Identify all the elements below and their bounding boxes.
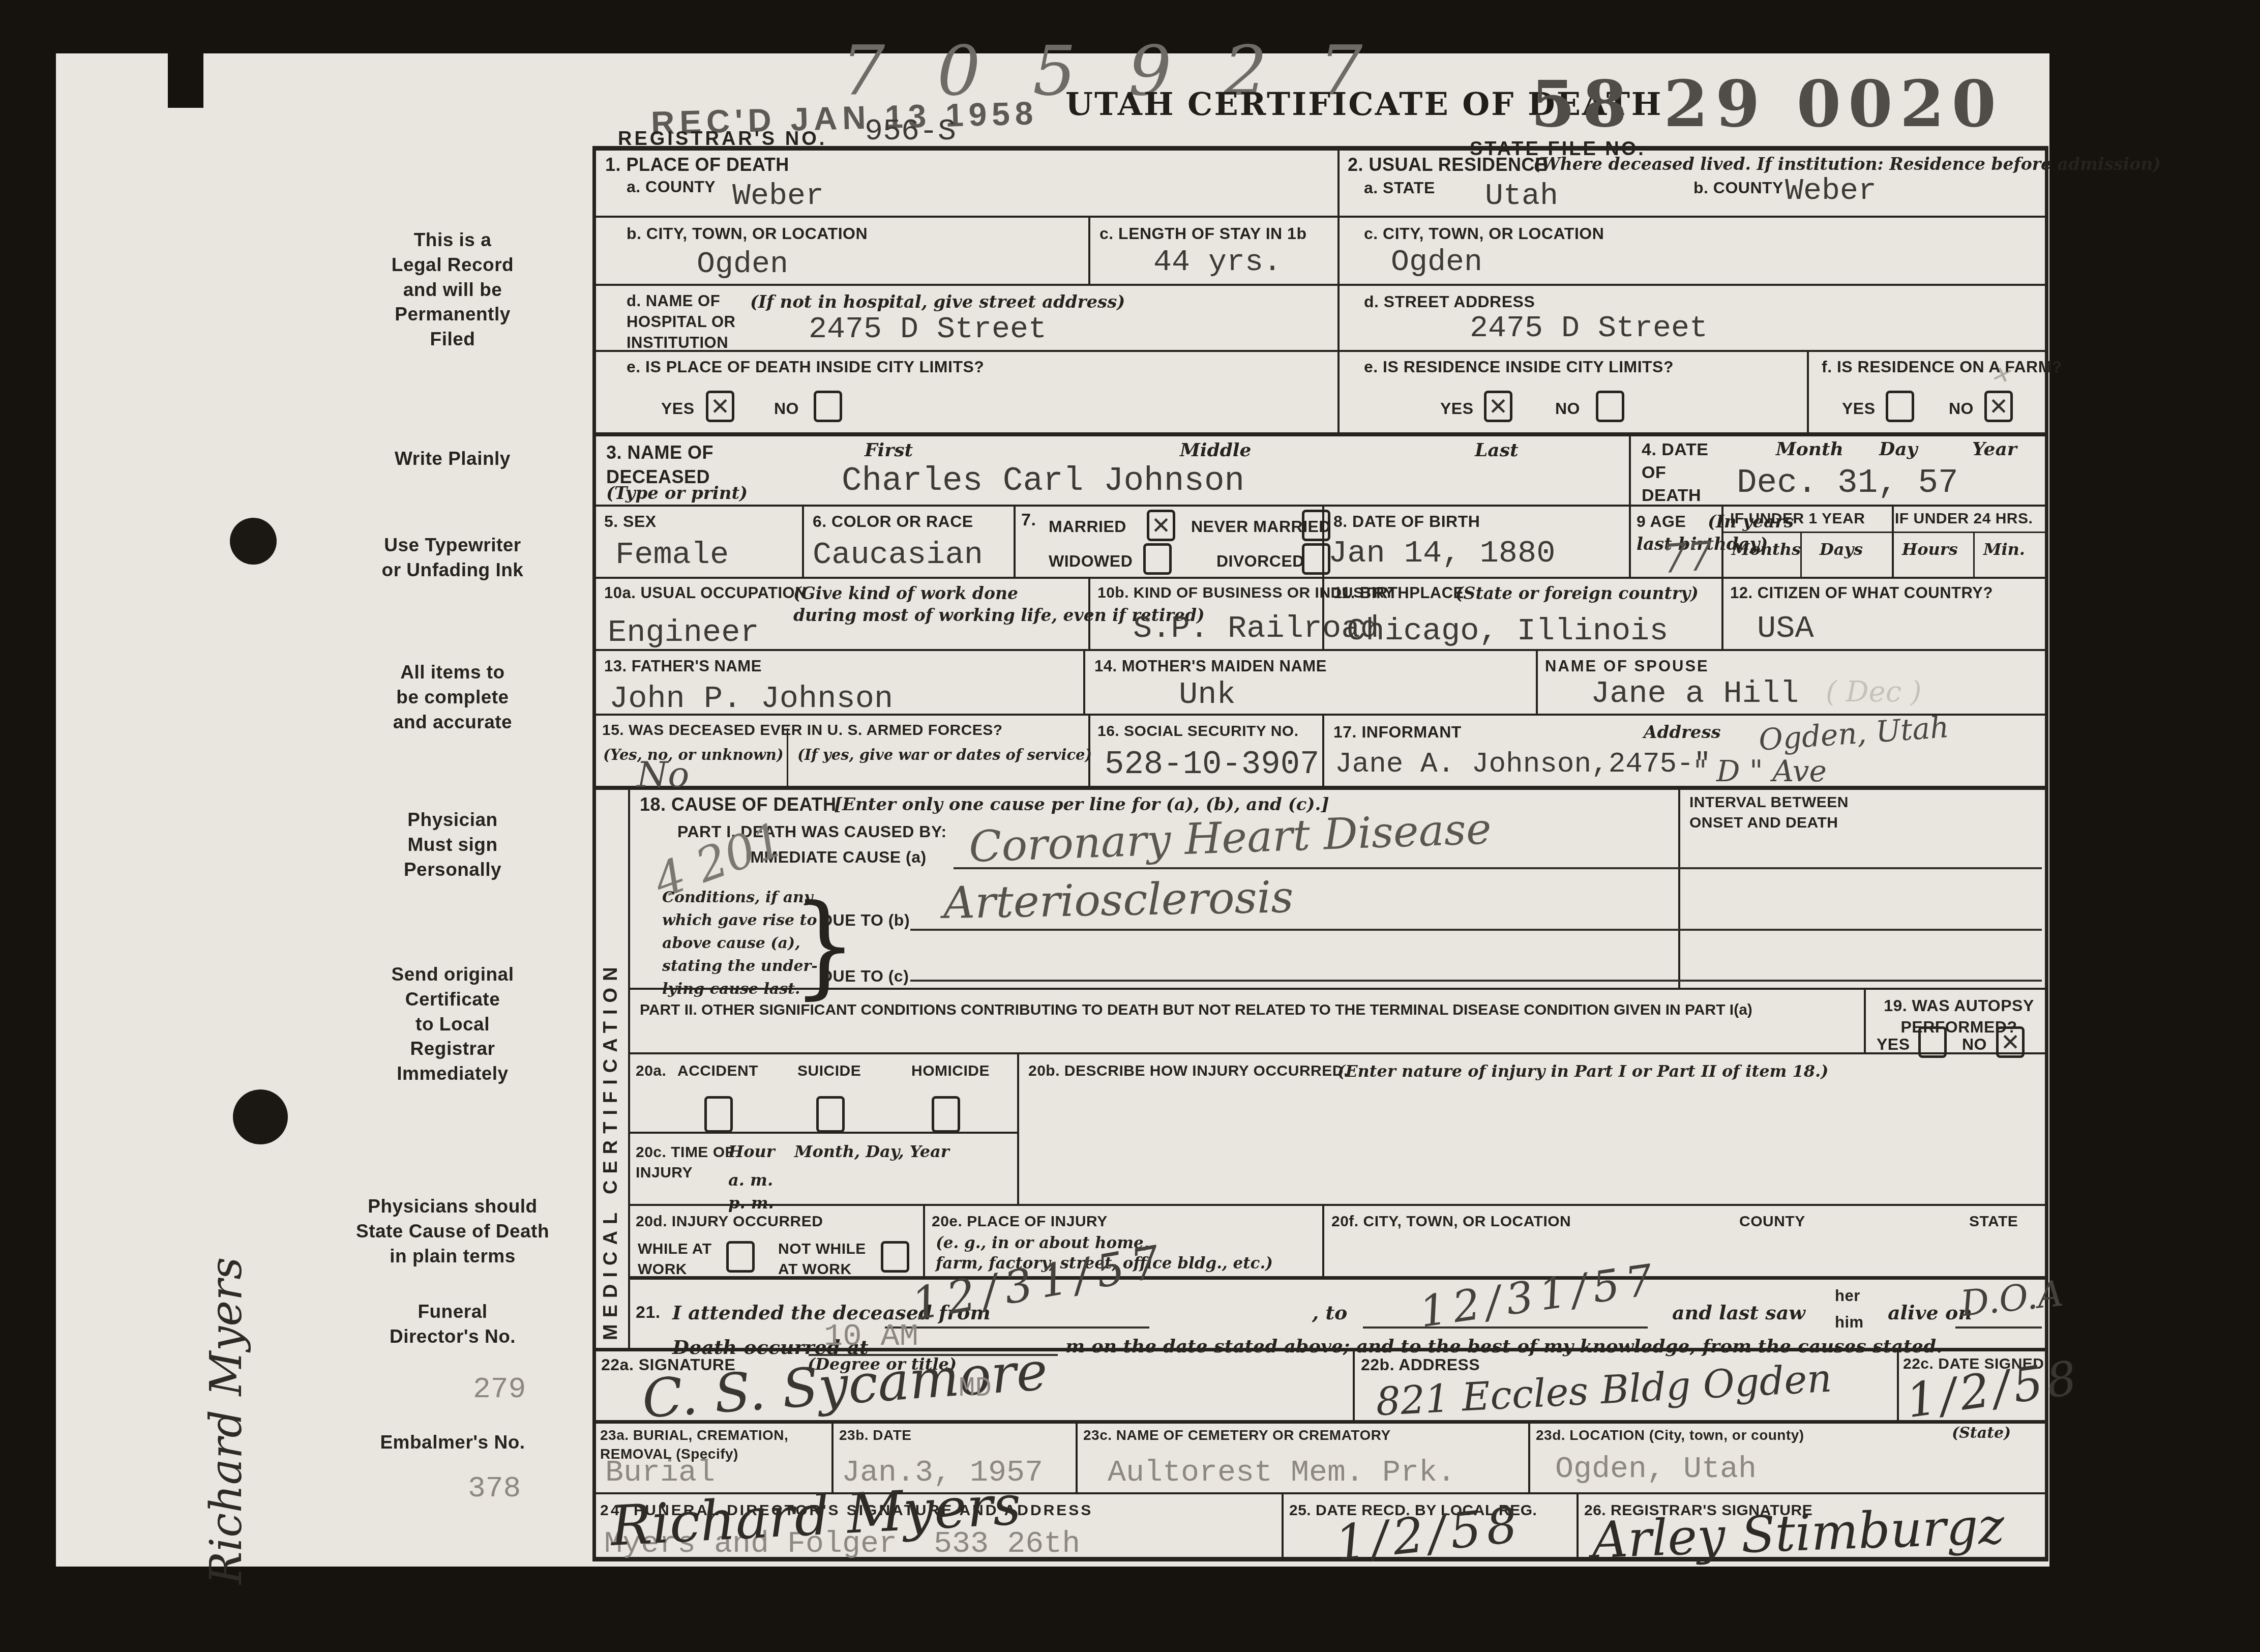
rule (1807, 350, 1809, 432)
place-of-injury-label: 20e. PLACE OF INJURY (932, 1212, 1108, 1232)
cemetery-value: Aultorest Mem. Prk. (1108, 1456, 1455, 1490)
residence-county-label: b. COUNTY (1693, 177, 1783, 198)
rule (923, 1204, 925, 1276)
rule (1322, 714, 1324, 786)
name-middle-header: Middle (1180, 438, 1251, 462)
residence-city-limits-yes-label: YES (1440, 398, 1474, 419)
informant-value-line2: " D " Ave (1693, 754, 1827, 788)
rule (592, 577, 2048, 579)
color-race-label: 6. COLOR OR RACE (813, 511, 973, 532)
residence-city-limits-yes-checkbox: ✕ (1484, 391, 1512, 422)
part2-label: PART II. OTHER SIGNIFICANT CONDITIONS CO… (640, 1000, 1855, 1020)
death-occurred-tail: m on the date stated above; and to the b… (1065, 1335, 1943, 1359)
citizen-label: 12. CITIZEN OF WHAT COUNTRY? (1730, 583, 1993, 604)
item-21-number: 21. (636, 1301, 661, 1324)
her-label: her (1835, 1286, 1860, 1307)
rule (1337, 146, 1340, 432)
birthplace-note: (State or foreign country) (1455, 583, 1699, 605)
rule (1678, 786, 1680, 988)
physician-address-label: 22b. ADDRESS (1361, 1354, 1480, 1375)
rule (1892, 505, 1894, 577)
rule (1897, 1348, 1899, 1420)
autopsy-yes-checkbox (1918, 1026, 1947, 1058)
widowed-label: WIDOWED (1049, 550, 1133, 572)
autopsy-yes-label: YES (1877, 1034, 1910, 1055)
divorced-checkbox (1302, 543, 1330, 575)
burial-location-label: 23d. LOCATION (City, town, or county) (1536, 1426, 1804, 1445)
industry-value: S.P. Railroad (1133, 610, 1379, 646)
death-city-limits-label: e. IS PLACE OF DEATH INSIDE CITY LIMITS? (627, 356, 984, 377)
if-under-24-hrs-header: IF UNDER 24 HRS. (1895, 509, 2033, 529)
father-name-value: John P. Johnson (609, 681, 893, 717)
armed-forces-note2: (If yes, give war or dates of service) (797, 746, 1092, 765)
dod-year-header: Year (1972, 437, 2017, 461)
cause-c-line (910, 980, 2042, 982)
place-of-death-title: 1. PLACE OF DEATH (605, 153, 789, 177)
funeral-director-no-label: Funeral Director's No. (315, 1300, 590, 1349)
homicide-checkbox (932, 1096, 960, 1133)
residence-farm-label: f. IS RESIDENCE ON A FARM? (1822, 356, 2062, 377)
attended-from-line (885, 1326, 1149, 1329)
residence-street-label: d. STREET ADDRESS (1364, 291, 1535, 312)
rule (592, 649, 2048, 651)
min-header: Min. (1983, 539, 2025, 560)
if-under-1-year-header: IF UNDER 1 YEAR (1730, 509, 1865, 529)
death-time-value: 10 AM (824, 1318, 918, 1354)
rule (1353, 1348, 1355, 1420)
married-checkbox: ✕ (1147, 510, 1175, 541)
spouse-pencil-note: ( Dec ) (1826, 675, 1922, 709)
check-icon: ✕ (1489, 395, 1508, 418)
conditions-brace: } (792, 880, 857, 1010)
residence-farm-yes-checkbox (1886, 391, 1914, 422)
registrar-no-value: 956-S (865, 114, 956, 149)
spouse-label: NAME OF SPOUSE (1545, 656, 1709, 677)
type-or-print-note: (Type or print) (606, 482, 748, 505)
hour-header: Hour (728, 1141, 775, 1163)
medical-certification-strip: MEDICAL CERTIFICATION (598, 788, 623, 1340)
accident-label: ACCIDENT (677, 1061, 758, 1081)
married-label: MARRIED (1049, 516, 1126, 537)
armed-forces-label: 15. WAS DECEASED EVER IN U. S. ARMED FOR… (602, 720, 1003, 741)
rule (628, 1204, 2048, 1206)
rule (1282, 1492, 1284, 1558)
rule (1973, 532, 1975, 577)
funeral-director-no-value: 279 (473, 1373, 526, 1406)
time-of-injury-label: 20c. TIME OF INJURY (636, 1142, 734, 1183)
rule (1083, 649, 1085, 714)
alive-on-line (1955, 1326, 2042, 1329)
death-city-limits-yes-label: YES (661, 398, 695, 419)
widowed-checkbox (1143, 543, 1172, 575)
rule (592, 505, 2048, 507)
name-first-header: First (865, 438, 913, 462)
margin-note-complete-accurate: All items to be complete and accurate (315, 660, 590, 734)
embalmer-no-label: Embalmer's No. (315, 1430, 590, 1455)
burial-date-label: 23b. DATE (839, 1426, 911, 1445)
months-header: Months (1732, 539, 1801, 560)
rule (592, 786, 2048, 790)
dod-day-header: Day (1879, 437, 1917, 461)
due-to-c-label: DUE TO (c) (821, 965, 909, 987)
cause-of-death-label: 18. CAUSE OF DEATH (640, 792, 836, 817)
margin-vertical-signature: Richard Myers (201, 1127, 252, 1584)
injury-city-label: 20f. CITY, TOWN, OR LOCATION (1331, 1212, 1571, 1232)
informant-address-label: Address (1644, 721, 1721, 744)
armed-forces-note1: (Yes, no, or unknown) (603, 746, 784, 765)
alive-on-text: alive on (1888, 1300, 1972, 1325)
mother-maiden-label: 14. MOTHER'S MAIDEN NAME (1094, 656, 1327, 677)
occupation-value: Engineer (608, 614, 759, 651)
date-of-death-label: 4. DATE OF DEATH (1642, 438, 1708, 507)
rule (592, 284, 2048, 286)
rule (1322, 1204, 1324, 1276)
margin-note-use-typewriter: Use Typewriter or Unfading Ink (315, 533, 590, 583)
residence-state-label: a. STATE (1364, 177, 1435, 198)
cause-b-value: Arteriosclerosis (943, 872, 1294, 929)
burial-location-state-note: (State) (1952, 1423, 2011, 1443)
rule (802, 505, 804, 577)
attended-to-label: , to (1312, 1300, 1347, 1325)
margin-note-physician-sign: Physician Must sign Personally (315, 808, 590, 882)
date-of-birth-value: Jan 14, 1880 (1328, 535, 1555, 571)
residence-city-limits-no-checkbox (1596, 391, 1624, 422)
citizen-value: USA (1757, 610, 1814, 646)
burial-value: Burial (605, 1456, 715, 1490)
city-of-death-label: b. CITY, TOWN, OR LOCATION (627, 223, 868, 244)
county-label: a. COUNTY (627, 176, 716, 197)
physician-md: MD (959, 1373, 992, 1404)
divorced-label: DIVORCED (1216, 550, 1304, 572)
sex-label: 5. SEX (604, 511, 657, 532)
describe-injury-note: (Enter nature of injury in Part I or Par… (1337, 1061, 1828, 1082)
margin-note-legal-record: This is a Legal Record and will be Perma… (315, 228, 590, 352)
autopsy-no-label: NO (1962, 1034, 1987, 1055)
describe-injury-label: 20b. DESCRIBE HOW INJURY OCCURRED. (1028, 1061, 1348, 1081)
state-file-no-value: 58 29 0020 (1531, 66, 2003, 141)
residence-city-label: c. CITY, TOWN, OR LOCATION (1364, 223, 1604, 244)
cemetery-label: 23c. NAME OF CEMETERY OR CREMATORY (1083, 1426, 1391, 1445)
death-city-limits-yes-checkbox: ✕ (706, 391, 734, 422)
death-certificate-scan: { "glyphs": {"check": "✕", "brace": "}"}… (0, 0, 2260, 1652)
rule (1017, 1052, 1019, 1204)
rule (628, 1052, 2048, 1054)
check-icon: ✕ (710, 395, 730, 418)
suicide-label: SUICIDE (797, 1061, 861, 1081)
birthplace-label: 11. BIRTHPLACE (1333, 583, 1464, 604)
item-20a-number: 20a. (636, 1061, 666, 1081)
rule (1014, 505, 1016, 577)
rule (1536, 649, 1538, 714)
date-of-death-value: Dec. 31, 57 (1737, 464, 1958, 502)
residence-farm-yes-label: YES (1842, 398, 1876, 419)
residence-county-value: Weber (1785, 174, 1877, 209)
county-value: Weber (732, 179, 824, 214)
margin-note-send-original: Send original Certificate to Local Regis… (315, 962, 590, 1086)
am-label: a. m. (728, 1170, 773, 1191)
injury-county-header: COUNTY (1739, 1212, 1805, 1232)
hospital-note: (If not in hospital, give street address… (750, 291, 1125, 313)
injury-occurred-label: 20d. INJURY OCCURRED (636, 1212, 823, 1232)
color-race-value: Caucasian (813, 537, 983, 573)
informant-value: Jane A. Johnson,2475-" (1335, 748, 1711, 780)
scan-notch (168, 0, 203, 108)
due-to-b-label: DUE TO (b) (821, 909, 910, 931)
usual-residence-note: (Where deceased lived. If institution: R… (1533, 154, 2161, 175)
rule (592, 350, 2048, 352)
rule (831, 1420, 834, 1492)
days-header: Days (1820, 539, 1863, 560)
rule (628, 786, 630, 1348)
informant-label: 17. INFORMANT (1333, 721, 1462, 743)
residence-farm-no-label: NO (1949, 398, 1974, 419)
cause-b-line (910, 929, 2042, 931)
residence-farm-no-checkbox: ✕ (1984, 391, 2013, 422)
death-city-limits-no-label: NO (774, 398, 799, 419)
residence-city-limits-no-label: NO (1555, 398, 1580, 419)
hours-header: Hours (1902, 539, 1958, 560)
punch-hole-top (230, 518, 277, 565)
cause-a-line (954, 867, 2042, 869)
not-while-at-work-label: NOT WHILE AT WORK (778, 1239, 866, 1279)
margin-note-plain-terms: Physicians should State Cause of Death i… (305, 1194, 600, 1268)
name-of-deceased-label: 3. NAME OF DECEASED (606, 440, 713, 489)
residence-street-value: 2475 D Street (1470, 311, 1708, 346)
interval-header: INTERVAL BETWEEN ONSET AND DEATH (1689, 792, 1849, 833)
mother-maiden-value: Unk (1179, 676, 1236, 713)
rule (1864, 988, 1866, 1052)
spouse-value: Jane a Hill (1591, 675, 1799, 712)
sex-value: Female (615, 537, 729, 573)
while-at-work-label: WHILE AT WORK (638, 1239, 712, 1279)
date-of-birth-label: 8. DATE OF BIRTH (1333, 511, 1480, 532)
box-top-rule (592, 146, 2048, 151)
length-of-stay-label: c. LENGTH OF STAY IN 1b (1099, 223, 1306, 244)
not-while-at-work-checkbox (881, 1241, 909, 1273)
marital-item-number: 7. (1021, 509, 1036, 532)
attended-to-line (1363, 1326, 1648, 1329)
margin-note-write-plainly: Write Plainly (315, 447, 590, 471)
death-city-limits-no-checkbox (814, 391, 842, 422)
while-at-work-checkbox (726, 1241, 755, 1273)
month-day-year-header: Month, Day, Year (794, 1141, 949, 1163)
autopsy-no-checkbox: ✕ (1996, 1026, 2025, 1058)
rule (1076, 1420, 1078, 1492)
death-street-address-value: 2475 D Street (809, 312, 1047, 347)
pm-label: p. m. (728, 1193, 774, 1214)
ssn-value: 528-10-3907 (1105, 747, 1319, 783)
name-last-header: Last (1475, 438, 1519, 462)
birthplace-value: Chicago, Illinois (1347, 613, 1669, 649)
deceased-name-value: Charles Carl Johnson (842, 462, 1244, 500)
rule (1629, 432, 1631, 577)
hospital-label: d. NAME OF HOSPITAL OR INSTITUTION (627, 291, 735, 353)
embalmer-no-value: 378 (468, 1472, 521, 1506)
residence-state-value: Utah (1485, 179, 1558, 214)
occupation-label: 10a. USUAL OCCUPATION (604, 583, 807, 604)
ssn-label: 16. SOCIAL SECURITY NO. (1097, 721, 1298, 742)
rule (1577, 1492, 1579, 1558)
scan-border-left (0, 0, 56, 1652)
residence-city-limits-label: e. IS RESIDENCE INSIDE CITY LIMITS? (1364, 356, 1674, 377)
rule (1088, 216, 1090, 284)
last-saw-text: and last saw (1672, 1300, 1805, 1325)
usual-residence-title: 2. USUAL RESIDENCE (1348, 153, 1547, 177)
homicide-label: HOMICIDE (911, 1061, 990, 1081)
dod-month-header: Month (1776, 437, 1843, 461)
check-icon: ✕ (1989, 395, 2009, 418)
residence-city-value: Ogden (1391, 245, 1482, 280)
length-of-stay-value: 44 yrs. (1153, 245, 1282, 280)
injury-state-header: STATE (1969, 1212, 2018, 1232)
never-married-checkbox (1302, 510, 1330, 541)
check-icon: ✕ (2001, 1030, 2020, 1054)
rule (592, 1420, 2048, 1424)
armed-forces-value: No (637, 754, 689, 795)
rule (592, 216, 2048, 218)
check-icon: ✕ (1151, 514, 1171, 537)
rule (592, 432, 2048, 436)
scan-border-bottom (0, 1567, 2260, 1652)
father-name-label: 13. FATHER'S NAME (604, 656, 762, 677)
rule (1528, 1420, 1530, 1492)
age-value: 77 (1660, 534, 1714, 583)
burial-location-value: Ogden, Utah (1555, 1452, 1757, 1487)
accident-checkbox (704, 1096, 733, 1133)
him-label: him (1835, 1312, 1864, 1333)
suicide-checkbox (816, 1096, 845, 1133)
city-of-death-value: Ogden (697, 247, 788, 282)
